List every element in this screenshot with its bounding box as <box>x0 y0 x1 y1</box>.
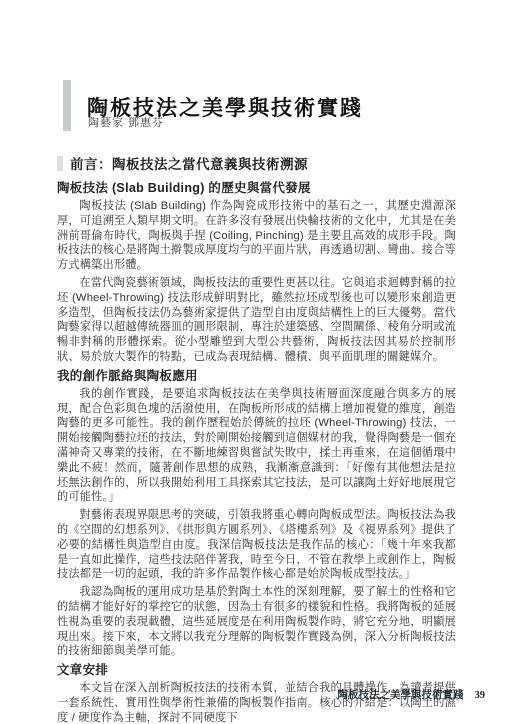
body-paragraph: 我認為陶板的運用成功是基於對陶土本性的深刻理解，要了解土的性格和它的結構才能好好… <box>57 585 456 659</box>
footer-running-title: 陶板技法之美學與技術實踐 <box>338 690 464 701</box>
section-header-text: 前言：陶板技法之當代意義與技術溯源 <box>70 153 308 173</box>
footer-page-number: 39 <box>475 690 486 701</box>
page-footer: 陶板技法之美學與技術實踐39 <box>338 687 486 702</box>
author-line: 陶藝家 鄧惠芬 <box>88 114 164 130</box>
body-content: 陶板技法 (Slab Building) 的歷史與當代發展 陶板技法 (Slab… <box>57 180 456 724</box>
subsection-heading-creative-context: 我的創作脈絡與陶板應用 <box>57 368 456 384</box>
subsection-heading-article-structure: 文章安排 <box>57 662 456 678</box>
subsection-heading-history: 陶板技法 (Slab Building) 的歷史與當代發展 <box>57 180 456 196</box>
title-accent-bar <box>63 80 71 131</box>
body-paragraph: 我的創作實踐，是要追求陶板技法在美學與技術層面深度融合與多方的展現，配合色彩與色… <box>57 387 456 505</box>
document-page: 陶板技法之美學與技術實踐 陶藝家 鄧惠芬 前言：陶板技法之當代意義與技術溯源 陶… <box>0 0 512 724</box>
body-paragraph: 陶板技法 (Slab Building) 作為陶瓷成形技術中的基石之一，其歷史淵… <box>57 199 456 273</box>
body-paragraph: 對藝術表現界限思考的突破，引領我將重心轉向陶板成型法。陶板技法為我的《空間的幻想… <box>57 508 456 582</box>
section-header: 前言：陶板技法之當代意義與技術溯源 <box>57 153 308 173</box>
body-paragraph: 在當代陶瓷藝術領域，陶板技法的重要性更甚以往。它與追求迴轉對稱的拉坯 (Whee… <box>57 276 456 365</box>
section-accent-bar <box>57 156 63 171</box>
